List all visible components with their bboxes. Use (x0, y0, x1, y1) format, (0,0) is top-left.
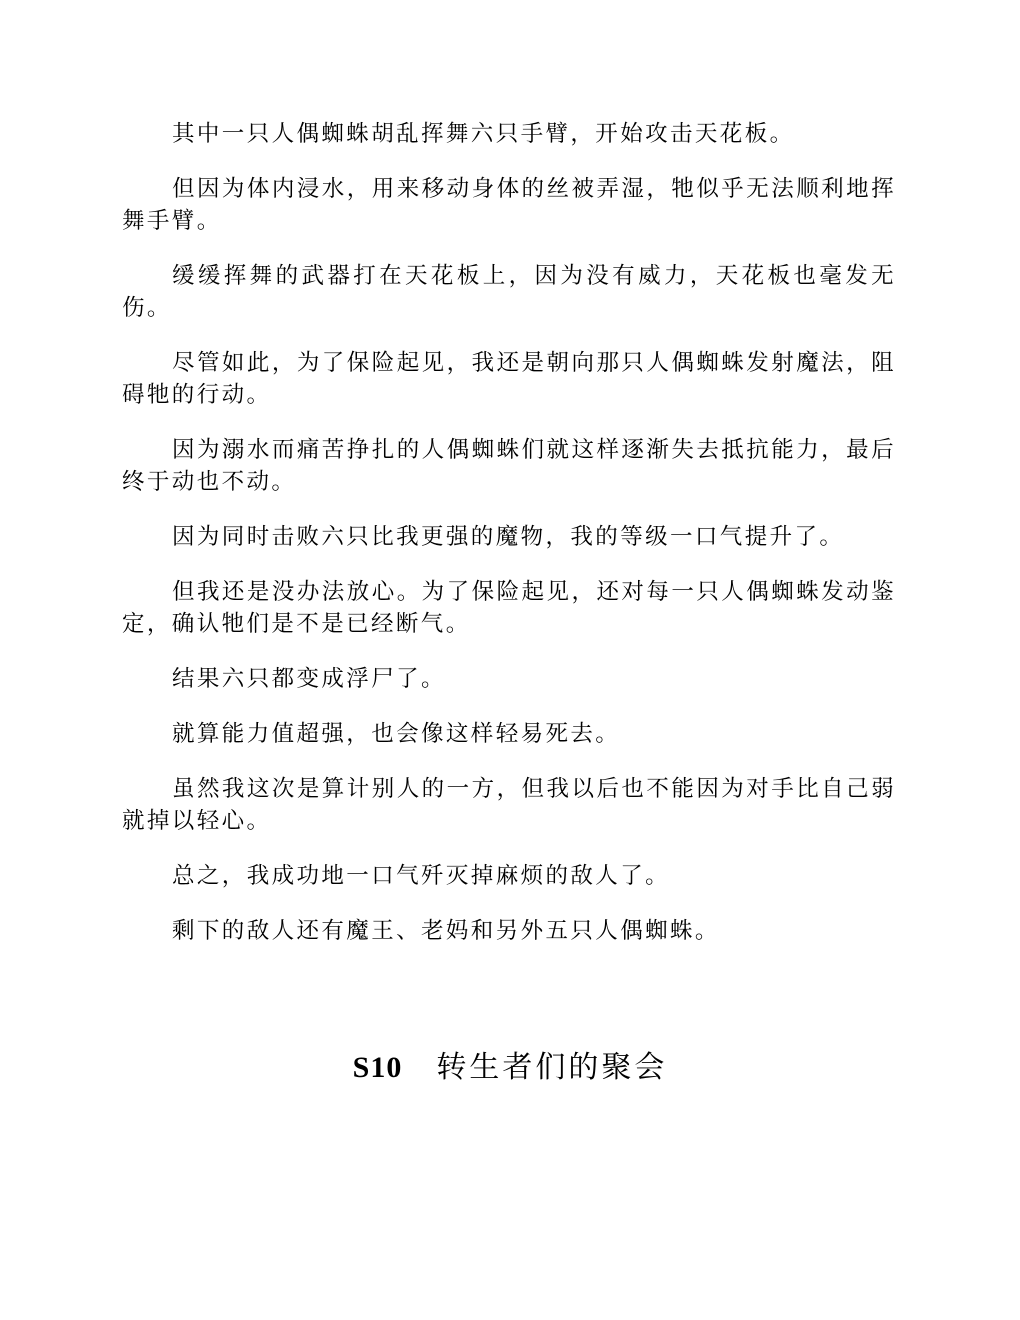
chapter-title: 转生者们的聚会 (436, 1050, 667, 1085)
paragraph: 其中一只人偶蜘蛛胡乱挥舞六只手臂，开始攻击天花板。 (122, 118, 896, 150)
chapter-heading: S10转生者们的聚会 (0, 1046, 1020, 1090)
paragraph: 就算能力值超强，也会像这样轻易死去。 (122, 718, 896, 750)
document-body: 其中一只人偶蜘蛛胡乱挥舞六只手臂，开始攻击天花板。 但因为体内浸水，用来移动身体… (122, 118, 896, 970)
paragraph: 缓缓挥舞的武器打在天花板上，因为没有威力，天花板也毫发无伤。 (122, 260, 896, 324)
paragraph: 因为溺水而痛苦挣扎的人偶蜘蛛们就这样逐渐失去抵抗能力，最后终于动也不动。 (122, 434, 896, 498)
paragraph: 但因为体内浸水，用来移动身体的丝被弄湿，牠似乎无法顺利地挥舞手臂。 (122, 173, 896, 237)
paragraph: 结果六只都变成浮尸了。 (122, 663, 896, 695)
paragraph: 尽管如此，为了保险起见，我还是朝向那只人偶蜘蛛发射魔法，阻碍牠的行动。 (122, 347, 896, 411)
paragraph: 但我还是没办法放心。为了保险起见，还对每一只人偶蜘蛛发动鉴定，确认牠们是不是已经… (122, 576, 896, 640)
chapter-number: S10 (353, 1051, 403, 1084)
paragraph: 总之，我成功地一口气歼灭掉麻烦的敌人了。 (122, 860, 896, 892)
paragraph: 虽然我这次是算计别人的一方，但我以后也不能因为对手比自己弱就掉以轻心。 (122, 773, 896, 837)
paragraph: 因为同时击败六只比我更强的魔物，我的等级一口气提升了。 (122, 521, 896, 553)
paragraph: 剩下的敌人还有魔王、老妈和另外五只人偶蜘蛛。 (122, 915, 896, 947)
